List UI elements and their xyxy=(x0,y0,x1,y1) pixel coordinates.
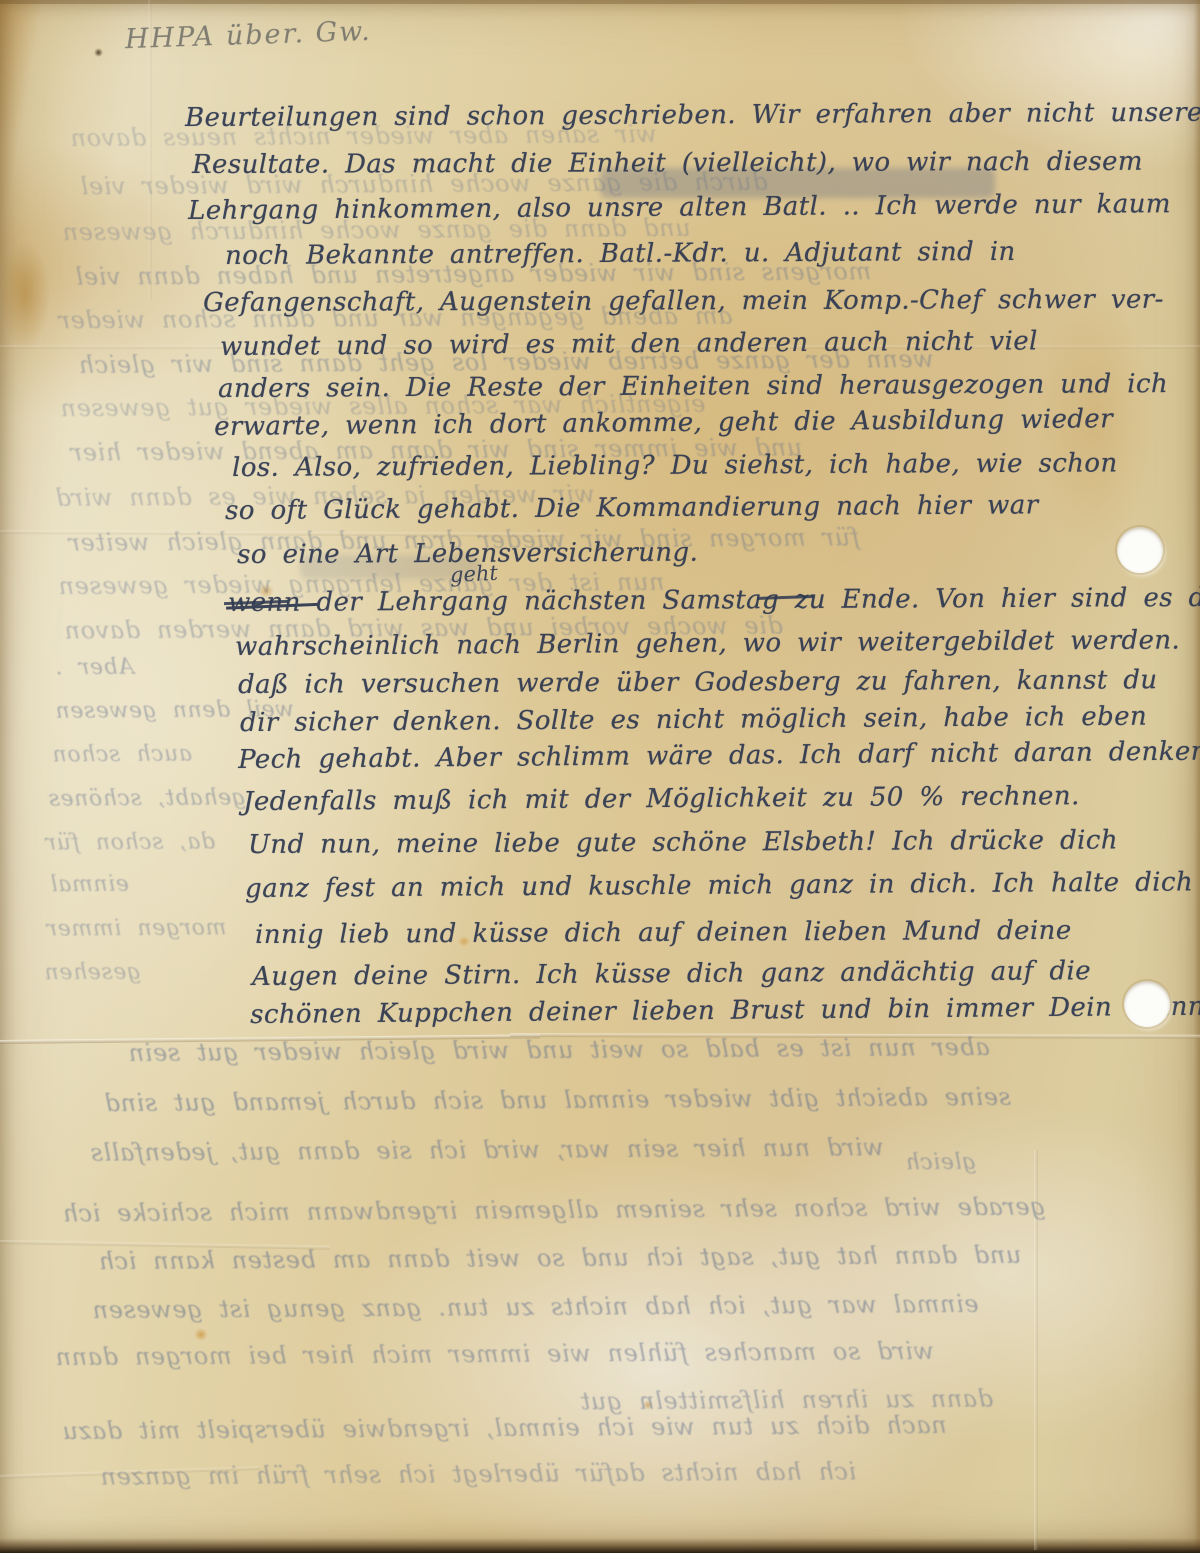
letter-line: so oft Glück gehabt. Die Kommandierung n… xyxy=(225,490,1039,526)
letter-line: anders sein. Die Reste der Einheiten sin… xyxy=(218,369,1168,404)
bleedthrough-line: da, schon für xyxy=(45,829,215,855)
letter-line: erwarte, wenn ich dort ankomme, geht die… xyxy=(214,404,1113,442)
stain xyxy=(194,1328,208,1341)
letter-line: innig lieb und küsse dich auf deinen lie… xyxy=(255,916,1072,950)
bleedthrough-line: wird nun hier sein war, wird ich sie dan… xyxy=(90,1133,884,1167)
stain xyxy=(0,240,50,350)
bleedthrough-line: wird so manches fühlen wie immer mich hi… xyxy=(55,1337,934,1371)
letter-line: noch Bekannte antreffen. Batl.-Kdr. u. A… xyxy=(225,237,1016,271)
paper-top-edge xyxy=(0,0,1200,4)
letter-line: Resultate. Das macht die Einheit (vielle… xyxy=(192,147,1143,180)
letter-page: wir sahen aber wieder nichts neues davon… xyxy=(0,0,1200,1553)
pencil-annotation: HHPA über. Gw. xyxy=(125,16,373,56)
bleedthrough-line: seine absicht gibt wieder einmal und sic… xyxy=(104,1083,1011,1117)
paper-right-edge xyxy=(1194,0,1200,1553)
inserted-word: geht xyxy=(449,561,498,587)
letter-line: wenn der Lehrgang nächsten Samstag zu En… xyxy=(228,583,1200,618)
letter-line: Lehrgang hinkommen, also unsre alten Bat… xyxy=(188,189,1171,226)
letter-line: Beurteilungen sind schon geschrieben. Wi… xyxy=(185,98,1200,133)
letter-line: Gefangenschaft, Augenstein gefallen, mei… xyxy=(203,285,1164,318)
punch-hole xyxy=(1124,981,1170,1027)
letter-line: schönen Kuppchen deiner lieben Brust und… xyxy=(250,992,1200,1030)
letter-line: dir sicher denken. Sollte es nicht mögli… xyxy=(240,702,1147,738)
letter-line: wahrscheinlich nach Berlin gehen, wo wir… xyxy=(235,625,1180,662)
bleedthrough-line: nach dich zu tun wie ich einmal, irgendw… xyxy=(62,1411,947,1445)
letter-line: daß ich versuchen werde über Godesberg z… xyxy=(238,665,1158,700)
letter-line: ganz fest an mich und kuschle mich ganz … xyxy=(245,867,1193,904)
bleedthrough-line: und dann hat gut, sagt ich und so weit d… xyxy=(98,1241,1021,1275)
letter-line: Pech gehabt. Aber schlimm wäre das. Ich … xyxy=(238,736,1200,775)
bleedthrough-line: ich hab nichts dafür überlegt ich sehr f… xyxy=(100,1457,856,1490)
letter-line: wundet und so wird es mit den anderen au… xyxy=(220,326,1038,362)
punch-hole xyxy=(1117,527,1163,573)
bleedthrough-line: gleich xyxy=(905,1150,976,1175)
bleedthrough-line: einmal xyxy=(50,872,129,898)
bleedthrough-line: morgen immer xyxy=(46,915,227,941)
letter-line: Augen deine Stirn. Ich küsse dich ganz a… xyxy=(252,956,1091,992)
bleedthrough-line: aber nun ist es bald so weit und wird gl… xyxy=(128,1033,990,1067)
bleedthrough-line: gehabt, schönes xyxy=(48,785,246,811)
letter-line: los. Also, zufrieden, Liebling? Du siehs… xyxy=(232,448,1118,483)
bleedthrough-line: auch schon xyxy=(52,742,192,768)
bleedthrough-line: gerade wird schon sehr seinem allgemein … xyxy=(62,1193,1046,1228)
letter-line: Jedenfalls muß ich mit der Möglichkeit z… xyxy=(243,781,1080,817)
bleedthrough-line: gesehen xyxy=(44,960,141,986)
bleedthrough-line: einmal war gut, ich hab nichts zu tun. g… xyxy=(92,1290,979,1324)
stain xyxy=(94,48,103,57)
paper-bottom-edge xyxy=(0,1538,1200,1553)
letter-line: Und nun, meine liebe gute schöne Elsbeth… xyxy=(248,825,1118,860)
bleedthrough-line: Aber . xyxy=(55,655,134,681)
